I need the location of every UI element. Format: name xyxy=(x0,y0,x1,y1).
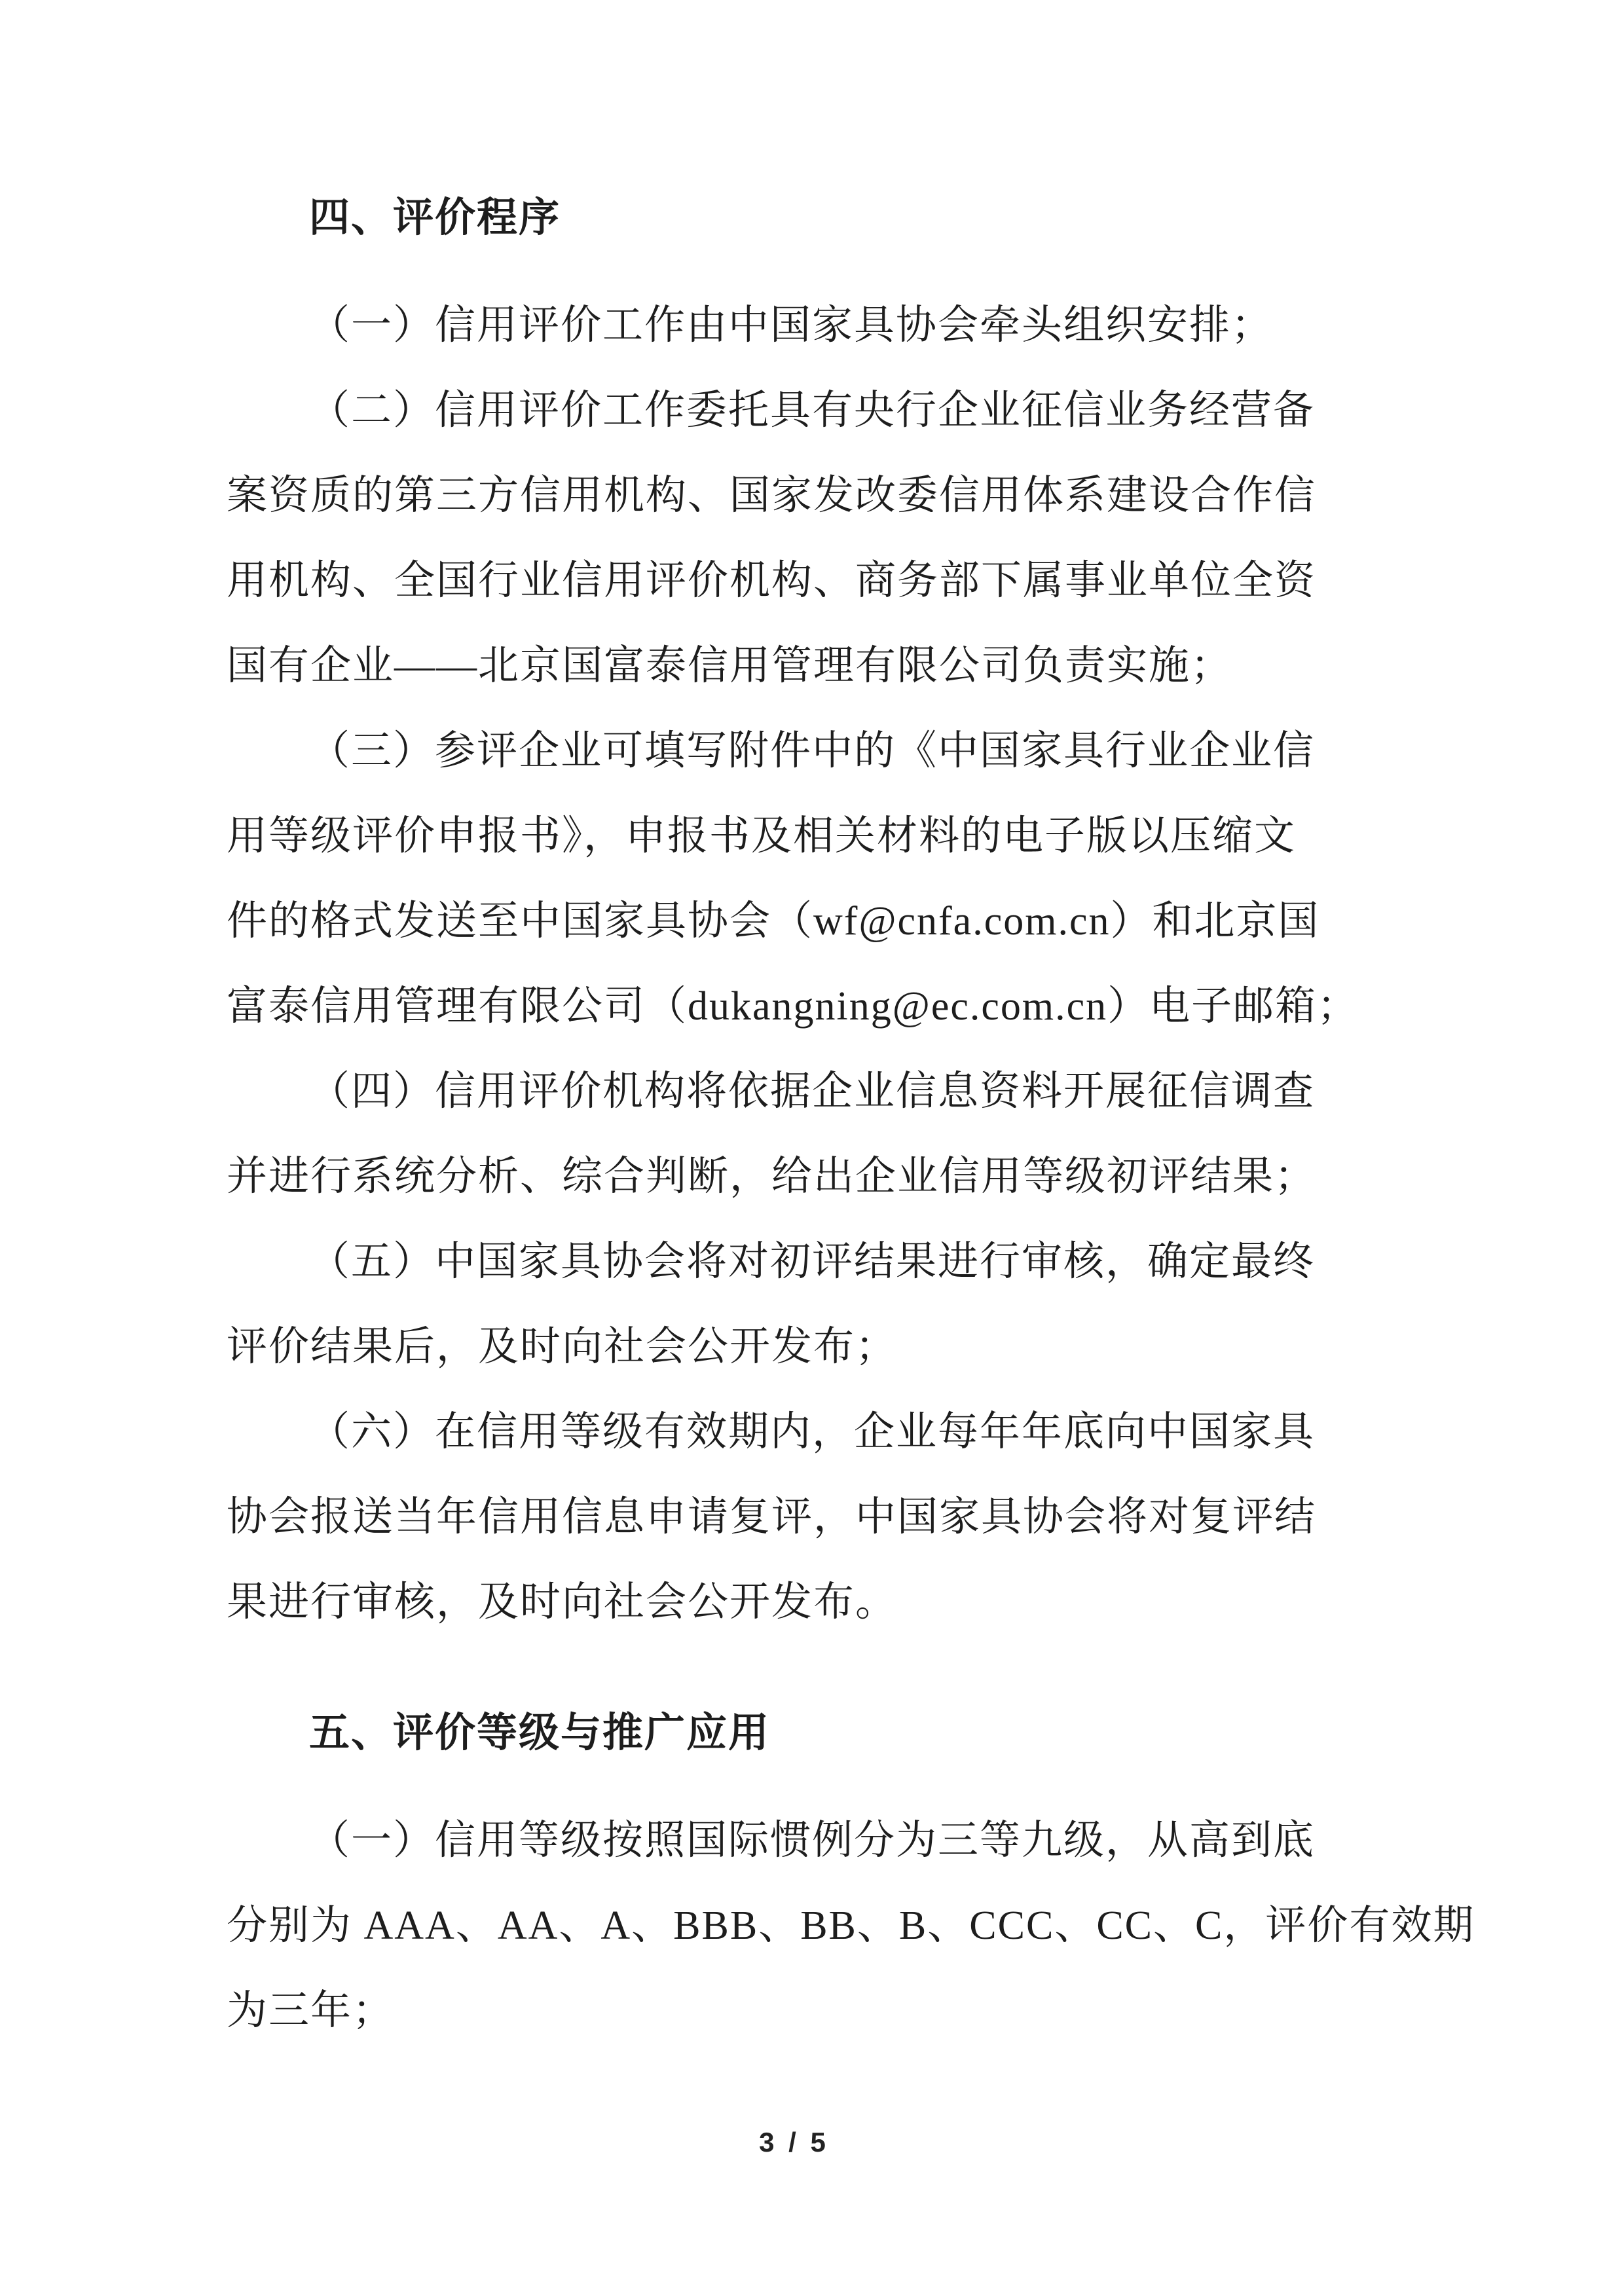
section-4-line: 评价结果后，及时向社会公开发布； xyxy=(227,1304,1405,1389)
section-4-line: （四）信用评价机构将依据企业信息资料开展征信调查 xyxy=(227,1049,1405,1134)
section-5-line: （一）信用等级按照国际惯例分为三等九级，从高到底 xyxy=(227,1798,1405,1883)
section-4-line: （一）信用评价工作由中国家具协会牵头组织安排； xyxy=(227,283,1405,368)
section-4-line: （六）在信用等级有效期内，企业每年年底向中国家具 xyxy=(227,1389,1405,1475)
page-number: 3 / 5 xyxy=(0,2127,1588,2158)
section-4-line: 并进行系统分析、综合判断，给出企业信用等级初评结果； xyxy=(227,1134,1405,1219)
section-4-line: （五）中国家具协会将对初评结果进行审核，确定最终 xyxy=(227,1219,1405,1304)
section-4-line: 富泰信用管理有限公司（dukangning@ec.com.cn）电子邮箱； xyxy=(227,964,1405,1049)
section-5-line: 为三年； xyxy=(227,1968,1405,2053)
section-4-line: 协会报送当年信用信息申请复评，中国家具协会将对复评结 xyxy=(227,1475,1405,1560)
section-4-line: 果进行审核，及时向社会公开发布。 xyxy=(227,1560,1405,1645)
section-4-line: 案资质的第三方信用机构、国家发改委信用体系建设合作信 xyxy=(227,453,1405,538)
section-4-line: （二）信用评价工作委托具有央行企业征信业务经营备 xyxy=(227,368,1405,453)
document-page: 四、评价程序 （一）信用评价工作由中国家具协会牵头组织安排； （二）信用评价工作… xyxy=(0,0,1624,2295)
section-4-line: 件的格式发送至中国家具协会（wf@cnfa.com.cn）和北京国 xyxy=(227,879,1405,964)
section-4-line: 用等级评价申报书》，申报书及相关材料的电子版以压缩文 xyxy=(227,794,1405,879)
section-4-heading: 四、评价程序 xyxy=(227,175,1405,261)
section-4-line: 用机构、全国行业信用评价机构、商务部下属事业单位全资 xyxy=(227,538,1405,623)
section-5-heading: 五、评价等级与推广应用 xyxy=(227,1691,1405,1776)
section-4-line: （三）参评企业可填写附件中的《中国家具行业企业信 xyxy=(227,708,1405,794)
section-5-line: 分别为 AAA、AA、A、BBB、BB、B、CCC、CC、C，评价有效期 xyxy=(227,1883,1405,1968)
section-4-line: 国有企业——北京国富泰信用管理有限公司负责实施； xyxy=(227,623,1405,708)
document-body: 四、评价程序 （一）信用评价工作由中国家具协会牵头组织安排； （二）信用评价工作… xyxy=(227,175,1405,2053)
